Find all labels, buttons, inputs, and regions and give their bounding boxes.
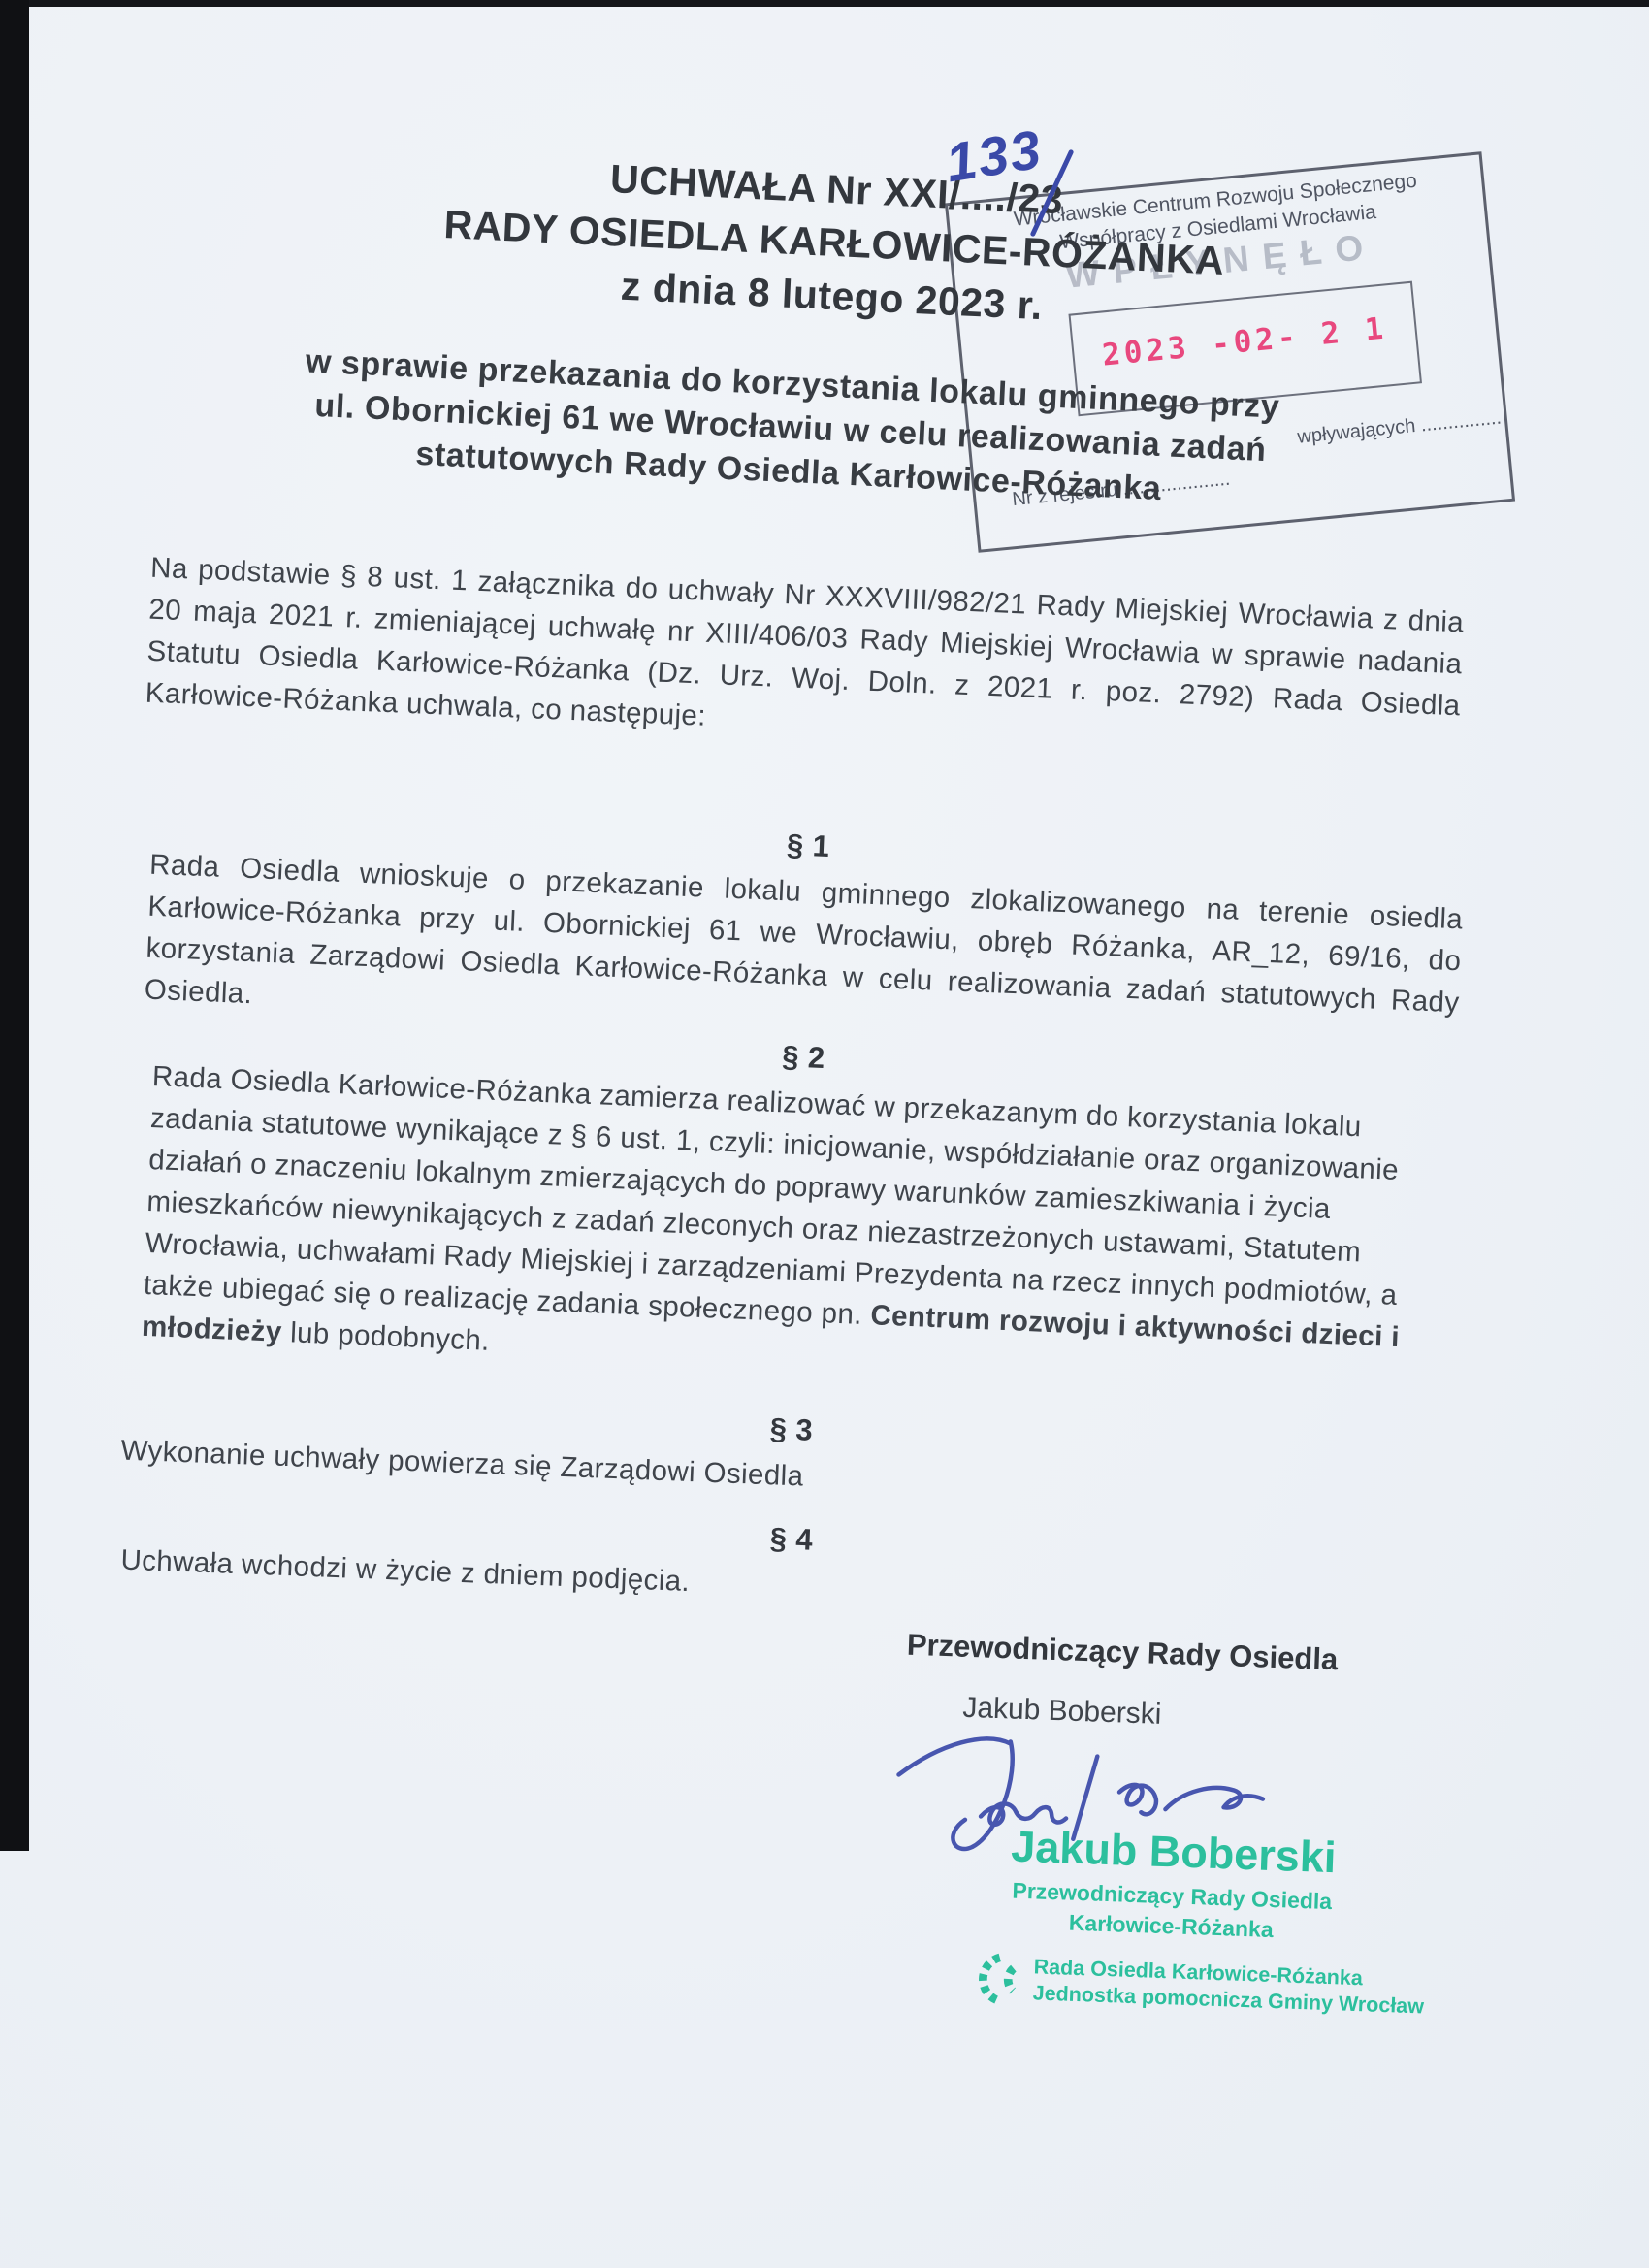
section-2-text: Rada Osiedla Karłowice-Różanka zamierza … — [141, 1055, 1451, 1402]
section-2-text-tail: lub podobnych. — [281, 1316, 491, 1357]
green-org-stamp: Rada Osiedla Karłowice-Różanka Jednostka… — [962, 1950, 1425, 2023]
section-2: § 2 Rada Osiedla Karłowice-Różanka zamie… — [141, 1009, 1453, 1402]
signature-block: Przewodniczący Rady Osiedla Jakub Bobers… — [798, 1624, 1472, 2073]
section-2-text-main: Rada Osiedla Karłowice-Różanka zamierza … — [143, 1060, 1399, 1331]
green-org-text: Rada Osiedla Karłowice-Różanka Jednostka… — [1032, 1954, 1425, 2020]
council-logo-icon — [962, 1950, 1020, 2008]
scanner-edge-left — [0, 0, 29, 1851]
scanner-edge-top — [0, 0, 1649, 7]
